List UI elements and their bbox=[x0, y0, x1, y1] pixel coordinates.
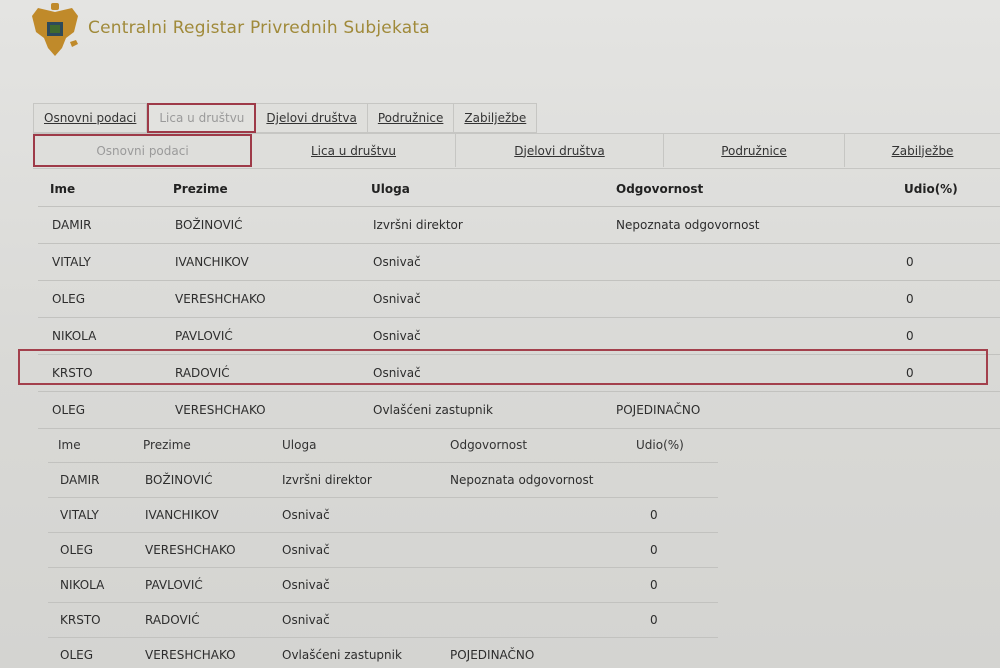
column-header-odgovornost: Odgovornost bbox=[616, 172, 703, 206]
tab-osnovni-podaci[interactable]: Osnovni podaci bbox=[33, 103, 147, 133]
cell-ime: NIKOLA bbox=[52, 318, 96, 354]
table-row[interactable]: VITALYIVANCHIKOVOsnivač0 bbox=[48, 498, 718, 533]
cell-odgovornost: POJEDINAČNO bbox=[616, 392, 700, 428]
subtab-lica-u-drustvu[interactable]: Lica u društvu bbox=[252, 134, 456, 167]
table-row[interactable]: OLEGVERESHCHAKOOsnivač0 bbox=[38, 281, 1000, 318]
cell-prezime: PAVLOVIĆ bbox=[145, 568, 203, 602]
cell-prezime: VERESHCHAKO bbox=[175, 392, 266, 428]
table-row[interactable]: NIKOLAPAVLOVIĆOsnivač0 bbox=[48, 568, 718, 603]
cell-uloga: Osnivač bbox=[373, 281, 421, 317]
cell-prezime: IVANCHIKOV bbox=[175, 244, 249, 280]
cell-ime: NIKOLA bbox=[60, 568, 104, 602]
column-header-uloga: Uloga bbox=[282, 428, 316, 462]
cell-prezime: VERESHCHAKO bbox=[145, 638, 236, 668]
table-header: Ime Prezime Uloga Odgovornost Udio(%) bbox=[38, 172, 1000, 207]
cell-ime: OLEG bbox=[52, 281, 85, 317]
table-row[interactable]: VITALYIVANCHIKOVOsnivač0 bbox=[38, 244, 1000, 281]
tab-podruznice[interactable]: Podružnice bbox=[368, 103, 455, 133]
cell-uloga: Osnivač bbox=[282, 603, 330, 637]
cell-prezime: VERESHCHAKO bbox=[175, 281, 266, 317]
cell-uloga: Osnivač bbox=[282, 498, 330, 532]
column-header-uloga: Uloga bbox=[371, 172, 410, 206]
primary-tabs: Osnovni podaci Lica u društvu Djelovi dr… bbox=[33, 103, 537, 133]
table-row[interactable]: KRSTORADOVIĆOsnivač0 bbox=[38, 355, 1000, 392]
cell-uloga: Izvršni direktor bbox=[282, 463, 372, 497]
cell-udio: 0 bbox=[650, 568, 658, 602]
cell-prezime: RADOVIĆ bbox=[145, 603, 200, 637]
table-row[interactable]: OLEGVERESHCHAKOOvlašćeni zastupnikPOJEDI… bbox=[38, 392, 1000, 429]
cell-udio: 0 bbox=[906, 318, 914, 354]
table-row[interactable]: OLEGVERESHCHAKOOsnivač0 bbox=[48, 533, 718, 568]
cell-ime: OLEG bbox=[52, 392, 85, 428]
cell-ime: VITALY bbox=[52, 244, 91, 280]
cell-udio: 0 bbox=[650, 498, 658, 532]
cell-ime: KRSTO bbox=[60, 603, 101, 637]
cell-prezime: BOŽINOVIĆ bbox=[145, 463, 213, 497]
cell-udio: 0 bbox=[906, 281, 914, 317]
cell-ime: KRSTO bbox=[52, 355, 93, 391]
column-header-prezime: Prezime bbox=[173, 172, 228, 206]
cell-odgovornost: POJEDINAČNO bbox=[450, 638, 534, 668]
subtab-podruznice[interactable]: Podružnice bbox=[664, 134, 845, 167]
cell-uloga: Osnivač bbox=[282, 533, 330, 567]
subtab-djelovi-drustva[interactable]: Djelovi društva bbox=[456, 134, 664, 167]
column-header-prezime: Prezime bbox=[143, 428, 191, 462]
secondary-tabs: Osnovni podaci Lica u društvu Djelovi dr… bbox=[33, 133, 1000, 169]
cell-udio: 0 bbox=[650, 603, 658, 637]
subtab-osnovni-podaci[interactable]: Osnovni podaci bbox=[33, 134, 252, 167]
tab-lica-u-drustvu[interactable]: Lica u društvu bbox=[147, 103, 256, 133]
cell-prezime: PAVLOVIĆ bbox=[175, 318, 233, 354]
tab-djelovi-drustva[interactable]: Djelovi društva bbox=[256, 103, 367, 133]
cell-udio: 0 bbox=[906, 355, 914, 391]
cell-uloga: Izvršni direktor bbox=[373, 207, 463, 243]
cell-udio: 0 bbox=[906, 244, 914, 280]
cell-udio: 0 bbox=[650, 533, 658, 567]
table-row[interactable]: NIKOLAPAVLOVIĆOsnivač0 bbox=[38, 318, 1000, 355]
persons-table: Ime Prezime Uloga Odgovornost Udio(%) DA… bbox=[38, 172, 1000, 429]
cell-uloga: Osnivač bbox=[373, 318, 421, 354]
column-header-udio: Udio(%) bbox=[636, 428, 684, 462]
cell-ime: OLEG bbox=[60, 638, 93, 668]
persons-table-secondary: Ime Prezime Uloga Odgovornost Udio(%) DA… bbox=[48, 428, 718, 668]
cell-odgovornost: Nepoznata odgovornost bbox=[450, 463, 593, 497]
cell-uloga: Osnivač bbox=[373, 355, 421, 391]
site-title: Centralni Registar Privrednih Subjekata bbox=[88, 18, 430, 38]
cell-uloga: Ovlašćeni zastupnik bbox=[373, 392, 493, 428]
cell-prezime: IVANCHIKOV bbox=[145, 498, 219, 532]
column-header-odgovornost: Odgovornost bbox=[450, 428, 527, 462]
column-header-udio: Udio(%) bbox=[904, 172, 958, 206]
cell-odgovornost: Nepoznata odgovornost bbox=[616, 207, 759, 243]
column-header-ime: Ime bbox=[50, 172, 75, 206]
cell-prezime: VERESHCHAKO bbox=[145, 533, 236, 567]
column-header-ime: Ime bbox=[58, 428, 81, 462]
cell-prezime: RADOVIĆ bbox=[175, 355, 230, 391]
cell-uloga: Ovlašćeni zastupnik bbox=[282, 638, 402, 668]
table-row[interactable]: KRSTORADOVIĆOsnivač0 bbox=[48, 603, 718, 638]
cell-ime: VITALY bbox=[60, 498, 99, 532]
table-row[interactable]: DAMIRBOŽINOVIĆIzvršni direktorNepoznata … bbox=[38, 207, 1000, 244]
table-header: Ime Prezime Uloga Odgovornost Udio(%) bbox=[48, 428, 718, 463]
subtab-zabiljezbe[interactable]: Zabilježbe bbox=[845, 134, 1000, 167]
cell-ime: DAMIR bbox=[60, 463, 99, 497]
cell-ime: DAMIR bbox=[52, 207, 91, 243]
site-header: Centralni Registar Privrednih Subjekata bbox=[30, 0, 430, 62]
cell-ime: OLEG bbox=[60, 533, 93, 567]
cell-uloga: Osnivač bbox=[373, 244, 421, 280]
table-row[interactable]: OLEGVERESHCHAKOOvlašćeni zastupnikPOJEDI… bbox=[48, 638, 718, 668]
coat-of-arms-icon bbox=[30, 2, 80, 60]
cell-prezime: BOŽINOVIĆ bbox=[175, 207, 243, 243]
cell-uloga: Osnivač bbox=[282, 568, 330, 602]
tab-zabiljezbe[interactable]: Zabilježbe bbox=[454, 103, 537, 133]
table-row[interactable]: DAMIRBOŽINOVIĆIzvršni direktorNepoznata … bbox=[48, 463, 718, 498]
